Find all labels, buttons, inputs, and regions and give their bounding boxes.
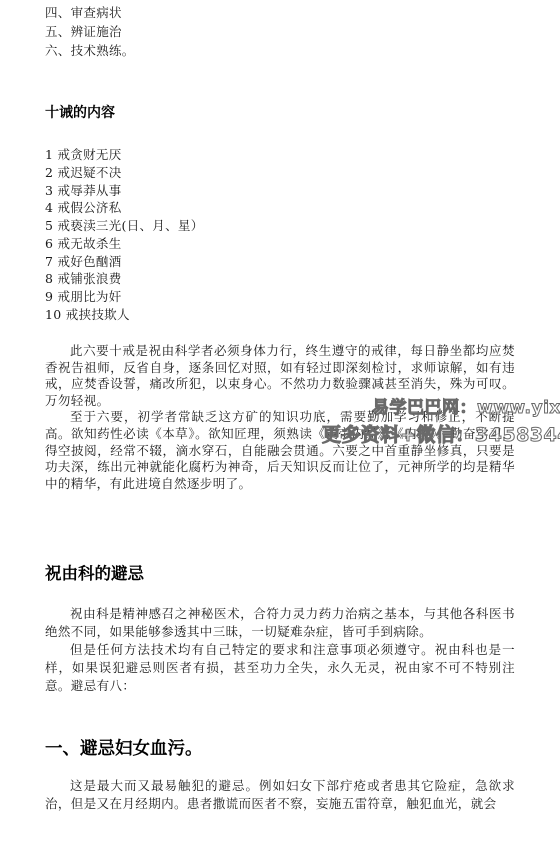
watermark-line-1: 易学巴巴网：www.yixue88.cn xyxy=(372,393,560,418)
body-text-block: 祝由科是精神感召之神秘医术，合符力灵力药力治病之基本，与其他各科医书绝然不同，如… xyxy=(45,605,515,695)
body-text-block: 这是最大而又最易触犯的避忌。例如妇女下部疔疮或者患其它险症，急欲求治，但是又在月… xyxy=(45,777,515,813)
paragraph: 这是最大而又最易触犯的避忌。例如妇女下部疔疮或者患其它险症，急欲求治，但是又在月… xyxy=(45,777,515,813)
section-heading-ten-precepts: 十诫的内容 xyxy=(45,102,115,122)
section-heading-taboos: 祝由科的避忌 xyxy=(45,560,144,584)
paragraph: 但是任何方法技术均有自己特定的要求和注意事项必须遵守。祝由科也是一样，如果误犯避… xyxy=(45,641,515,695)
section-heading-taboo-one: 一、避忌妇女血污。 xyxy=(45,735,203,760)
paragraph: 祝由科是精神感召之神秘医术，合符力灵力药力治病之基本，与其他各科医书绝然不同，如… xyxy=(45,605,515,641)
list-item: 2 戒迟疑不决 xyxy=(45,165,122,181)
list-item: 10 戒挟技欺人 xyxy=(45,307,130,323)
list-item: 7 戒好色酗酒 xyxy=(45,254,122,270)
document-page: 四、审查病状 五、辨证施治 六、技术熟练。 十诫的内容 1 戒贪财无厌 2 戒迟… xyxy=(0,0,560,841)
watermark-line-2: 更多资料+微信：3458344044 xyxy=(322,420,560,447)
list-item: 1 戒贪财无厌 xyxy=(45,147,122,163)
list-item: 3 戒辱莽从事 xyxy=(45,183,122,199)
list-item: 4 戒假公济私 xyxy=(45,200,122,216)
list-item: 5 戒亵渎三光(日、月、星） xyxy=(45,218,204,234)
list-item: 8 戒铺张浪费 xyxy=(45,271,122,287)
list-item: 四、审查病状 xyxy=(45,5,122,21)
list-item: 五、辨证施治 xyxy=(45,24,122,40)
list-item: 六、技术熟练。 xyxy=(45,43,135,59)
list-item: 6 戒无故杀生 xyxy=(45,236,122,252)
list-item: 9 戒朋比为奸 xyxy=(45,289,122,305)
